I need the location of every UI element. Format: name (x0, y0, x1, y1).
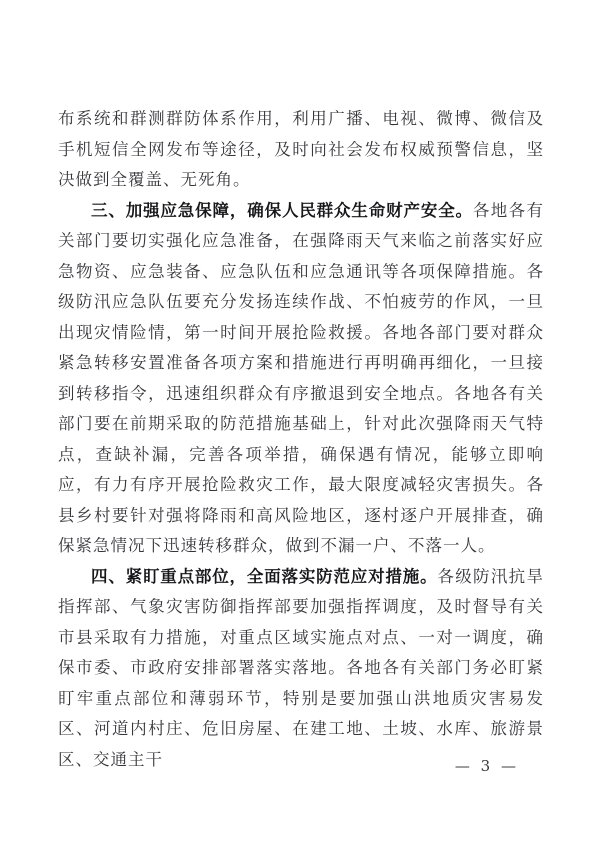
paragraph-text: 各地各有关部门要切实强化应急准备，在强降雨天气来临之前落实好应急物资、应急装备、… (58, 201, 544, 556)
paragraph-text: 布系统和群测群防体系作用，利用广播、电视、微博、微信及手机短信全网发布等途径，及… (58, 109, 544, 189)
paragraph-text: 各级防汛抗旱指挥部、气象灾害防御指挥部要加强指挥调度，及时督导有关市县采取有力措… (58, 567, 544, 769)
paragraph-section-4: 四、紧盯重点部位，全面落实防范应对措施。各级防汛抗旱指挥部、气象灾害防御指挥部要… (58, 562, 544, 776)
document-body: 布系统和群测群防体系作用，利用广播、电视、微博、微信及手机短信全网发布等途径，及… (58, 104, 544, 775)
paragraph-continuation: 布系统和群测群防体系作用，利用广播、电视、微博、微信及手机短信全网发布等途径，及… (58, 104, 544, 196)
paragraph-section-3: 三、加强应急保障，确保人民群众生命财产安全。各地各有关部门要切实强化应急准备，在… (58, 196, 544, 562)
section-heading: 三、加强应急保障，确保人民群众生命财产安全。 (91, 201, 473, 220)
page-number: — 3 — (455, 755, 519, 777)
section-heading: 四、紧盯重点部位，全面落实防范应对措施。 (91, 567, 437, 586)
document-page: 布系统和群测群防体系作用，利用广播、电视、微博、微信及手机短信全网发布等途径，及… (0, 0, 603, 860)
